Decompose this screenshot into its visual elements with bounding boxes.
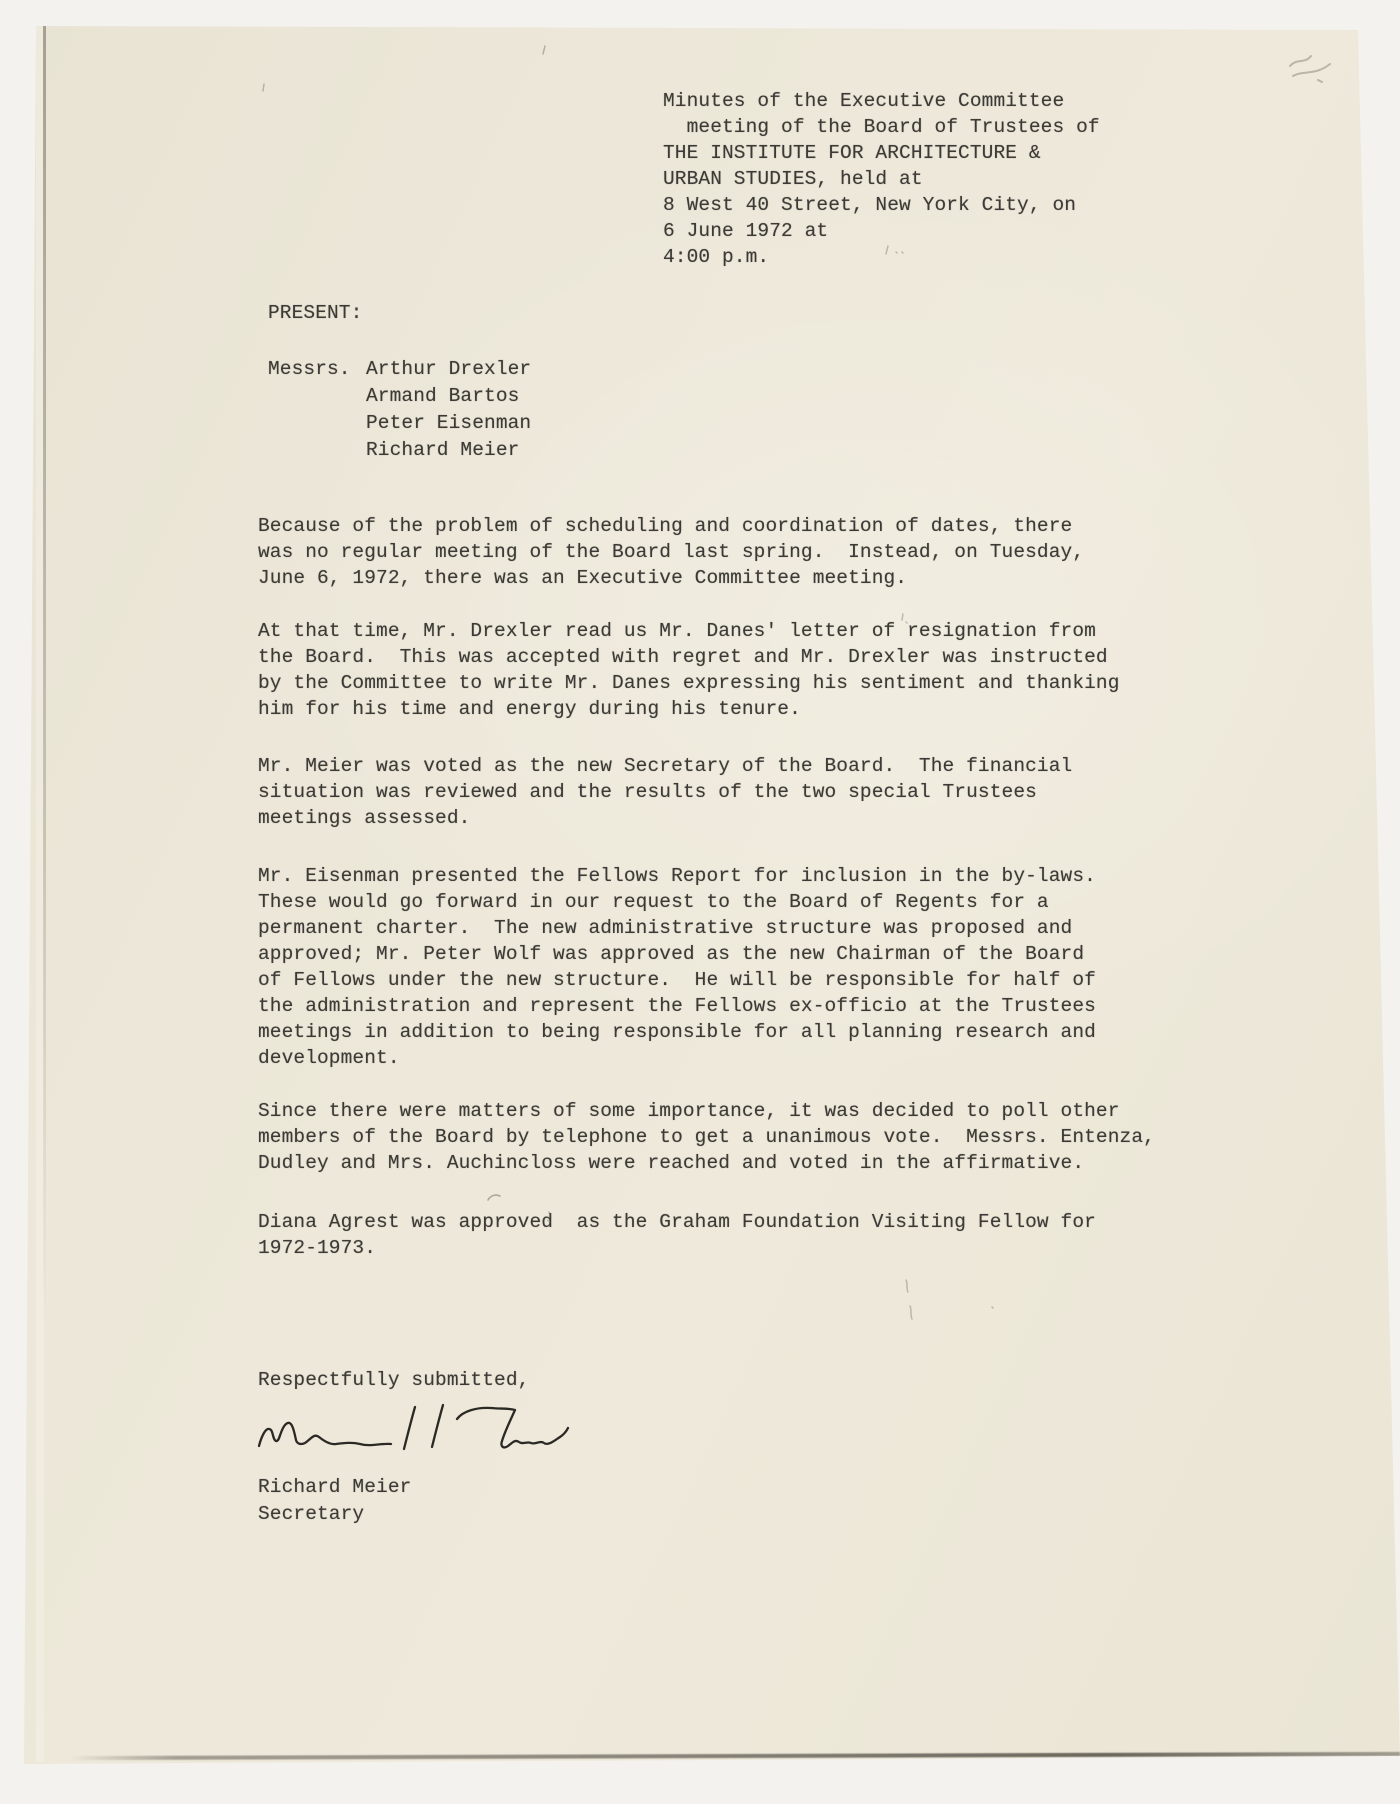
pencil-tick-above-line	[488, 1195, 500, 1200]
stray-mark-top-center	[543, 46, 545, 54]
attendees-salutation: Messrs.	[268, 356, 351, 382]
present-label: PRESENT:	[268, 300, 362, 326]
document-header: Minutes of the Executive Committee meeti…	[663, 88, 1100, 270]
signature-block: Richard MeierSecretary	[258, 1474, 411, 1528]
document-page: Minutes of the Executive Committee meeti…	[0, 0, 1400, 1804]
signer-name: Richard Meier	[258, 1474, 411, 1501]
attendees-names: Arthur Drexler Armand Bartos Peter Eisen…	[366, 356, 531, 464]
signer-title: Secretary	[258, 1501, 411, 1528]
body-paragraph-3: Mr. Meier was voted as the new Secretary…	[258, 753, 1072, 831]
scanned-page-background: Minutes of the Executive Committee meeti…	[0, 0, 1400, 1804]
pencil-scribble-mark	[1290, 56, 1330, 82]
closing-valediction: Respectfully submitted,	[258, 1367, 529, 1393]
body-paragraph-1: Because of the problem of scheduling and…	[258, 513, 1084, 591]
stray-mark-header-left	[263, 84, 264, 91]
page-bottom-edge-shadow	[70, 1752, 1400, 1760]
body-paragraph-2: At that time, Mr. Drexler read us Mr. Da…	[258, 618, 1120, 722]
body-paragraph-6: Diana Agrest was approved as the Graham …	[258, 1209, 1096, 1261]
page-left-edge-shadow	[43, 26, 46, 1326]
handwritten-signature	[255, 1392, 600, 1472]
body-paragraph-4: Mr. Eisenman presented the Fellows Repor…	[258, 863, 1096, 1071]
body-paragraph-5: Since there were matters of some importa…	[258, 1098, 1155, 1176]
stray-marks-lower-right	[906, 1280, 993, 1319]
